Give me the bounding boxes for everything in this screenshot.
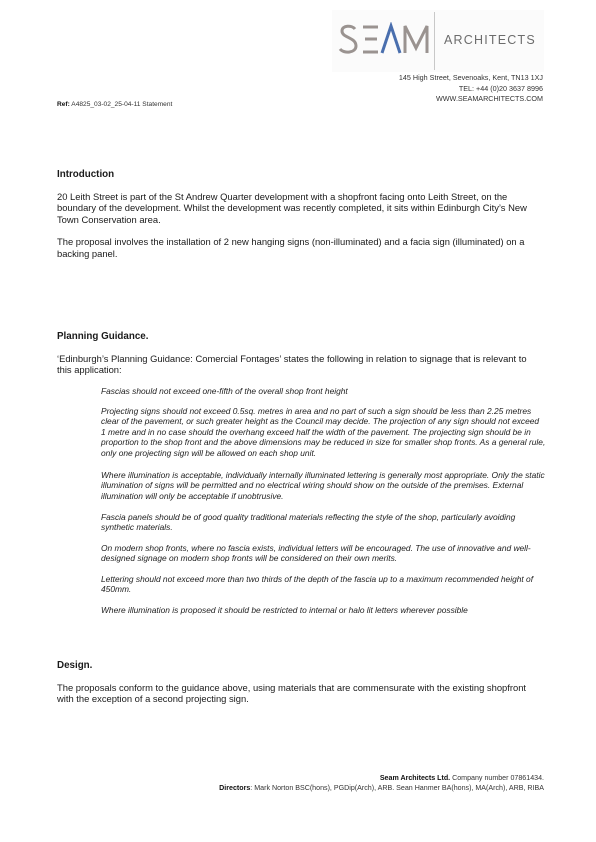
guidance-quote-lettering: Lettering should not exceed more than tw… [101,574,546,595]
logo-subtext: ARCHITECTS [444,33,536,47]
guidance-quote-halo-lit: Where illumination is proposed it should… [101,605,546,615]
letterhead-address: 145 High Street, Sevenoaks, Kent, TN13 1… [399,73,543,105]
footer-directors-list: : Mark Norton BSC(hons), PGDip(Arch), AR… [250,784,544,792]
guidance-quote-projecting-signs: Projecting signs should not exceed 0.5sq… [101,406,546,458]
footer-company-number: Company number 07861434. [450,774,544,782]
footer-company-name: Seam Architects Ltd. [380,774,450,782]
introduction-paragraph-2: The proposal involves the installation o… [57,236,542,259]
logo-divider [434,12,435,70]
ref-value: A4825_03-02_25-04-11 Statement [70,101,173,108]
design-section: Design. The proposals conform to the gui… [57,660,542,705]
guidance-quote-fascias: Fascias should not exceed one-fifth of t… [101,386,546,396]
planning-guidance-section: Planning Guidance. ‘Edinburgh’s Planning… [57,331,542,376]
footer-directors: Directors: Mark Norton BSC(hons), PGDip(… [219,783,544,794]
guidance-quote-modern-shopfronts: On modern shop fronts, where no fascia e… [101,543,546,564]
design-heading: Design. [57,660,542,672]
address-website: WWW.SEAMARCHITECTS.COM [399,94,543,105]
planning-guidance-heading: Planning Guidance. [57,331,542,343]
seam-logo-icon [338,22,430,58]
footer-directors-label: Directors [219,784,250,792]
address-street: 145 High Street, Sevenoaks, Kent, TN13 1… [399,73,543,84]
address-telephone: TEL: +44 (0)20 3637 8996 [399,84,543,95]
ref-label: Ref: [57,101,70,108]
guidance-quote-fascia-panels: Fascia panels should be of good quality … [101,512,546,533]
document-reference: Ref: A4825_03-02_25-04-11 Statement [57,101,172,108]
guidance-quote-illumination: Where illumination is acceptable, indivi… [101,470,546,501]
introduction-paragraph-1: 20 Leith Street is part of the St Andrew… [57,191,542,226]
introduction-section: Introduction 20 Leith Street is part of … [57,169,542,260]
planning-guidance-intro: ‘Edinburgh’s Planning Guidance: Comercia… [57,353,542,376]
design-paragraph: The proposals conform to the guidance ab… [57,682,542,705]
introduction-heading: Introduction [57,169,542,181]
